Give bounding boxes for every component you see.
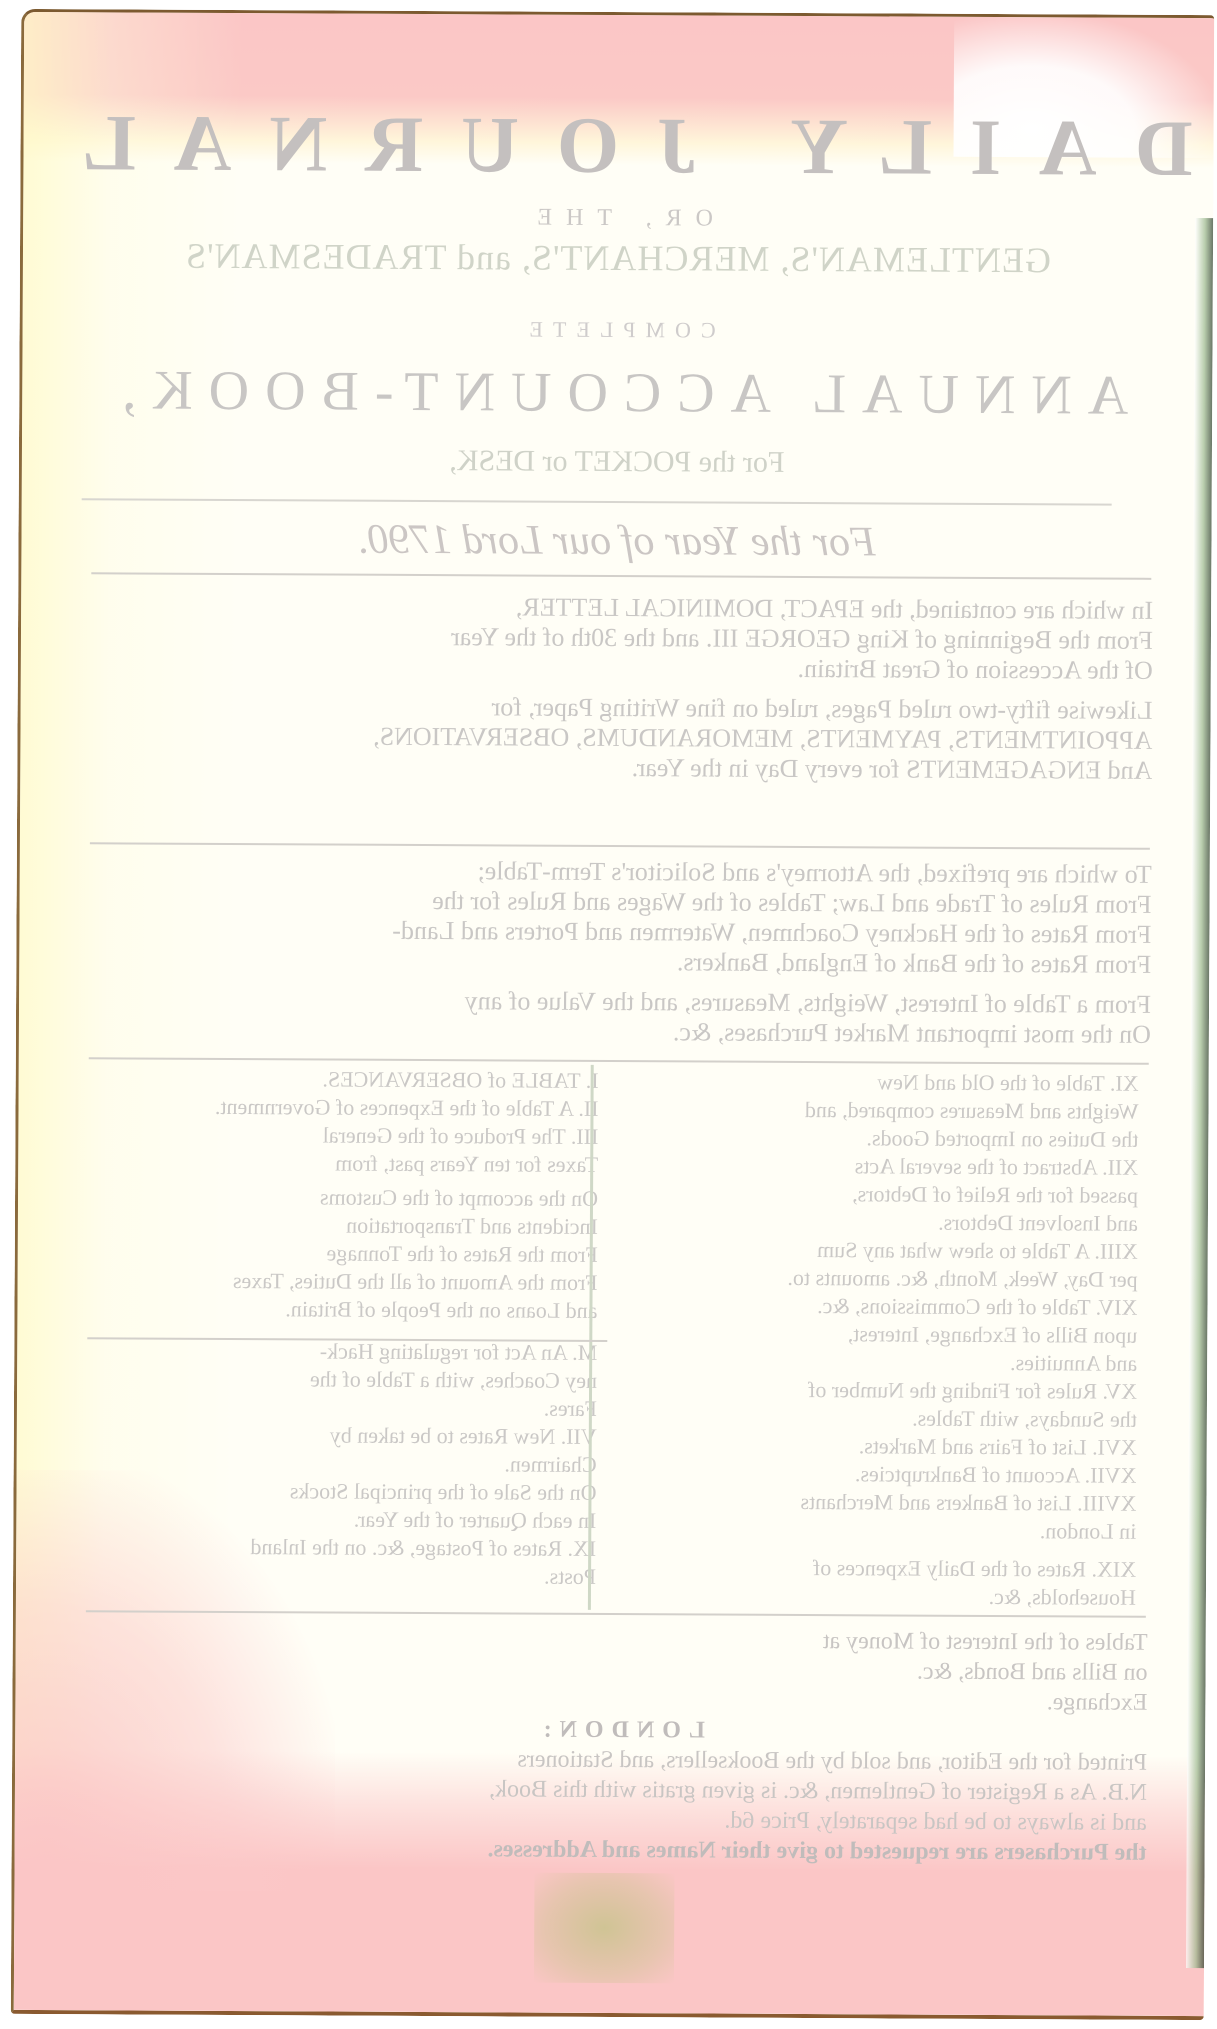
divider xyxy=(86,1610,1146,1618)
contents-line: From Rates of the Bank of England, Banke… xyxy=(97,944,1151,980)
column-item: XIV. Table of the Commissions, &c. xyxy=(607,1291,1137,1322)
column-item: and Insolvent Debtors. xyxy=(608,1207,1138,1238)
column-item: Fares. xyxy=(97,1392,597,1423)
column-item: In each Quarter of the Year. xyxy=(96,1504,596,1535)
closing-block: Tables of the Interest of Money at on Bi… xyxy=(93,1622,1148,1868)
column-item: XIII. A Table to shew what any Sum xyxy=(608,1235,1138,1266)
main-title: DAILY JOURNAL xyxy=(23,98,1213,195)
column-item: I. TABLE of OBSERVANCES. xyxy=(99,1064,599,1095)
column-item: Taxes for ten Years past, from xyxy=(98,1148,598,1179)
annual-account-book: ANNUAL ACCOUNT-BOOK, xyxy=(22,358,1212,428)
column-item: Households, &c. xyxy=(606,1581,1136,1612)
intro-block: In which are contained, the EPACT, DOMIN… xyxy=(98,590,1153,786)
column-item: XVII. Account of Bankruptcies. xyxy=(607,1459,1137,1490)
column-item: On the Sale of the principal Stocks xyxy=(96,1476,596,1507)
column-item: XIX. Rates of the Daily Expences of xyxy=(606,1553,1136,1584)
column-item: On the accompt of the Customs xyxy=(98,1182,598,1213)
divider xyxy=(90,842,1150,850)
column-item: passed for the Relief of Debtors, xyxy=(608,1179,1138,1210)
column-item: and Loans on the People of Britain. xyxy=(97,1294,597,1325)
column-item: XV. Rules for Finding the Number of xyxy=(607,1375,1137,1406)
column-item: the Duties on Imported Goods. xyxy=(608,1123,1138,1154)
column-item: and Annuities. xyxy=(607,1347,1137,1378)
column-item: IX. Rates of Postage, &c. on the Inland xyxy=(96,1532,596,1563)
right-column: XI. Table of the Old and New Weights and… xyxy=(606,1067,1139,1612)
column-item: XII. Abstract of the several Acts xyxy=(608,1151,1138,1182)
left-column: I. TABLE of OBSERVANCES. II. A Table of … xyxy=(96,1064,599,1591)
intro-line: And ENGAGEMENTS for every Day in the Yea… xyxy=(98,750,1152,786)
column-item: From the Rates of the Tonnage xyxy=(98,1238,598,1269)
column-item: II. A Table of the Expences of Governmen… xyxy=(98,1092,598,1123)
column-item: ney Coaches, with a Table of the xyxy=(97,1364,597,1395)
column-item: per Day, Week, Month, &c. amounts to. xyxy=(608,1263,1138,1294)
column-item: XVI. List of Fairs and Markets. xyxy=(607,1431,1137,1462)
or-the-line: OR, THE xyxy=(23,202,1213,235)
column-item: XVIII. List of Bankers and Merchants xyxy=(606,1487,1136,1518)
column-item: Incidents and Transportation xyxy=(98,1210,598,1241)
mirrored-content: DAILY JOURNAL OR, THE GENTLEMAN'S, MERCH… xyxy=(14,12,1214,2016)
column-item: Posts. xyxy=(96,1560,596,1591)
intro-line: Of the Accession of Great Britain. xyxy=(99,650,1153,686)
divider xyxy=(82,498,1112,505)
year-line: For the Year of our Lord 1790. xyxy=(21,514,1211,568)
imprint-line: the Purchasers are requested to give the… xyxy=(93,1832,1147,1868)
column-item: VII. New Rates to be taken by xyxy=(97,1420,597,1451)
document-page: DAILY JOURNAL OR, THE GENTLEMAN'S, MERCH… xyxy=(11,9,1214,2020)
column-item: XI. Table of the Old and New xyxy=(609,1067,1139,1098)
column-item: the Sundays, with Tables. xyxy=(607,1403,1137,1434)
contents-line: On the most important Market Purchases, … xyxy=(97,1014,1151,1050)
divider xyxy=(91,572,1151,580)
divider xyxy=(89,1057,1149,1065)
column-item: From the Amount of all the Duties, Taxes xyxy=(98,1266,598,1297)
complete-line: COMPLETE xyxy=(23,314,1213,346)
column-item: in London. xyxy=(606,1515,1136,1546)
column-item: Chairmen. xyxy=(97,1448,597,1479)
column-item: upon Bills of Exchange, Interest, xyxy=(607,1319,1137,1350)
contents-block: To which are prefixed, the Attorney's an… xyxy=(97,854,1152,1050)
subtitle: GENTLEMAN'S, MERCHANT'S, and TRADESMAN'S xyxy=(23,234,1213,282)
pocket-line: For the POCKET or DESK, xyxy=(22,442,1212,482)
column-item: III. The Produce of the General xyxy=(98,1120,598,1151)
column-item: Weights and Measures compared, and xyxy=(608,1095,1138,1126)
